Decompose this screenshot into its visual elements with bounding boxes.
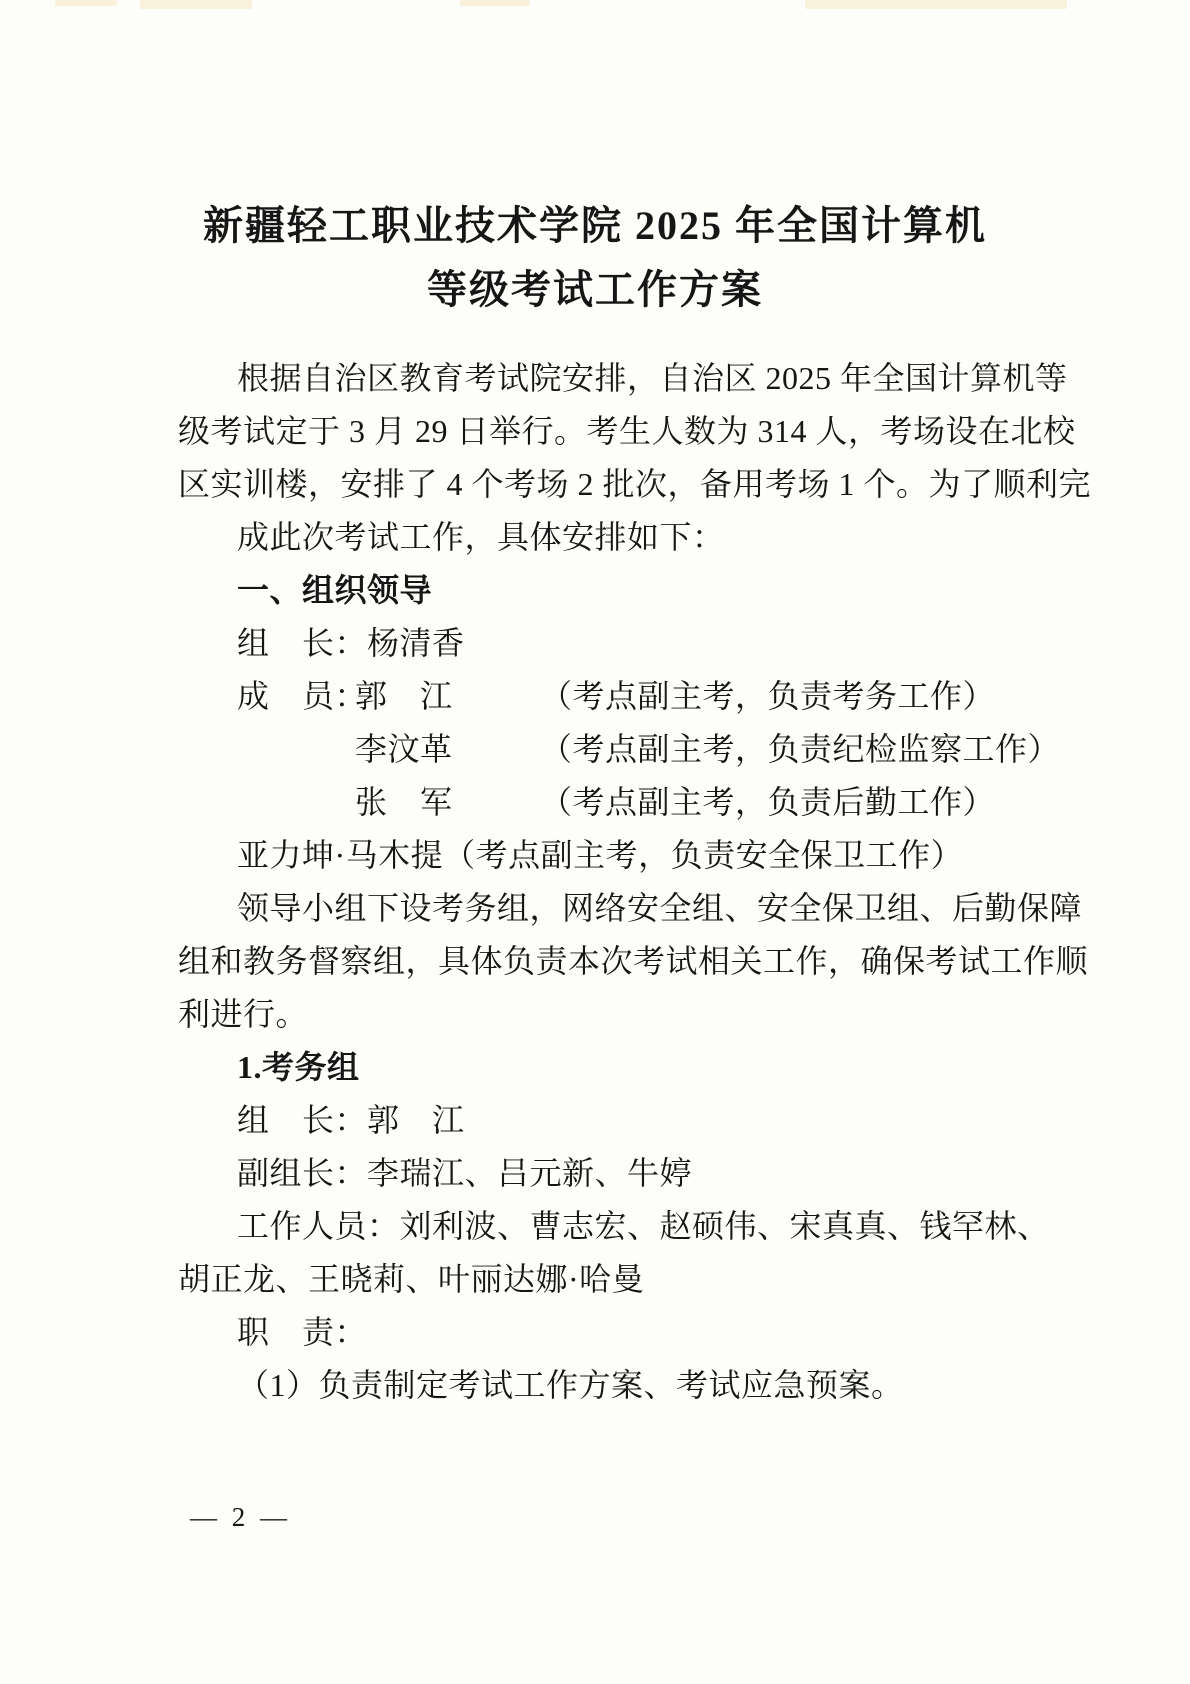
scan-artifact: [460, 0, 530, 6]
member-row: 张 军 （考点副主考，负责后勤工作）: [178, 776, 1014, 829]
deputy-leader-label: 副组长：: [237, 1147, 367, 1200]
document-page: 新疆轻工职业技术学院 2025 年全国计算机 等级考试工作方案 根据自治区教育考…: [0, 0, 1190, 1684]
body-line: 组和教务督察组，具体负责本次考试相关工作，确保考试工作顺: [178, 935, 1014, 988]
deputy-leader-row: 副组长： 李瑞江、吕元新、牛婷: [178, 1147, 1014, 1200]
staff-line: 胡正龙、王晓莉、叶丽达娜·哈曼: [178, 1253, 1014, 1306]
section-heading-organization: 一、组织领导: [178, 564, 1014, 617]
document-title-line2: 等级考试工作方案: [0, 258, 1190, 322]
group-leader-name: 杨清香: [367, 617, 465, 670]
staff-line: 工作人员：刘利波、曹志宏、赵硕伟、宋真真、钱罕林、: [178, 1200, 1014, 1253]
member-role: （考点副主考，负责考务工作）: [540, 670, 995, 723]
exam-group-leader-row: 组 长： 郭 江: [178, 1094, 1014, 1147]
exam-group-leader-label: 组 长：: [237, 1094, 367, 1147]
member-row-label: 成 员：: [237, 670, 355, 723]
member-name: 李汶革: [355, 723, 540, 776]
member-row: 李汶革 （考点副主考，负责纪检监察工作）: [178, 723, 1014, 776]
document-title-line1: 新疆轻工职业技术学院 2025 年全国计算机: [0, 194, 1190, 258]
document-body: 根据自治区教育考试院安排，自治区 2025 年全国计算机等 级考试定于 3 月 …: [178, 352, 1014, 1412]
scan-artifact: [55, 0, 117, 6]
duty-item: （1）负责制定考试工作方案、考试应急预案。: [178, 1359, 1014, 1412]
intro-line: 区实训楼，安排了 4 个考场 2 批次，备用考场 1 个。为了顺利完: [178, 458, 1014, 511]
duty-label: 职 责：: [178, 1306, 1014, 1359]
scan-artifact: [805, 0, 1067, 9]
member-row-label: [237, 723, 355, 776]
body-line: 利进行。: [178, 988, 1014, 1041]
intro-line: 成此次考试工作，具体安排如下：: [178, 511, 1014, 564]
member-role: （考点副主考，负责后勤工作）: [540, 776, 995, 829]
member-row-label: [237, 776, 355, 829]
exam-group-leader-name: 郭 江: [367, 1094, 465, 1147]
footer-page-number: — 2 —: [190, 1502, 291, 1533]
group-leader-row: 组 长： 杨清香: [178, 617, 1014, 670]
deputy-leader-names: 李瑞江、吕元新、牛婷: [367, 1147, 692, 1200]
intro-line: 级考试定于 3 月 29 日举行。考生人数为 314 人，考场设在北校: [178, 405, 1014, 458]
member-name: 张 军: [355, 776, 540, 829]
member-full-line: 亚力坤·马木提（考点副主考，负责安全保卫工作）: [178, 829, 1014, 882]
subsection-heading-exam-affairs: 1.考务组: [178, 1041, 1014, 1094]
member-role: （考点副主考，负责纪检监察工作）: [540, 723, 1060, 776]
member-row: 成 员： 郭 江 （考点副主考，负责考务工作）: [178, 670, 1014, 723]
scan-artifact: [140, 0, 252, 9]
body-line: 领导小组下设考务组，网络安全组、安全保卫组、后勤保障: [178, 882, 1014, 935]
intro-line: 根据自治区教育考试院安排，自治区 2025 年全国计算机等: [178, 352, 1014, 405]
document-title: 新疆轻工职业技术学院 2025 年全国计算机 等级考试工作方案: [0, 194, 1190, 322]
member-name: 郭 江: [355, 670, 540, 723]
group-leader-label: 组 长：: [237, 617, 367, 670]
